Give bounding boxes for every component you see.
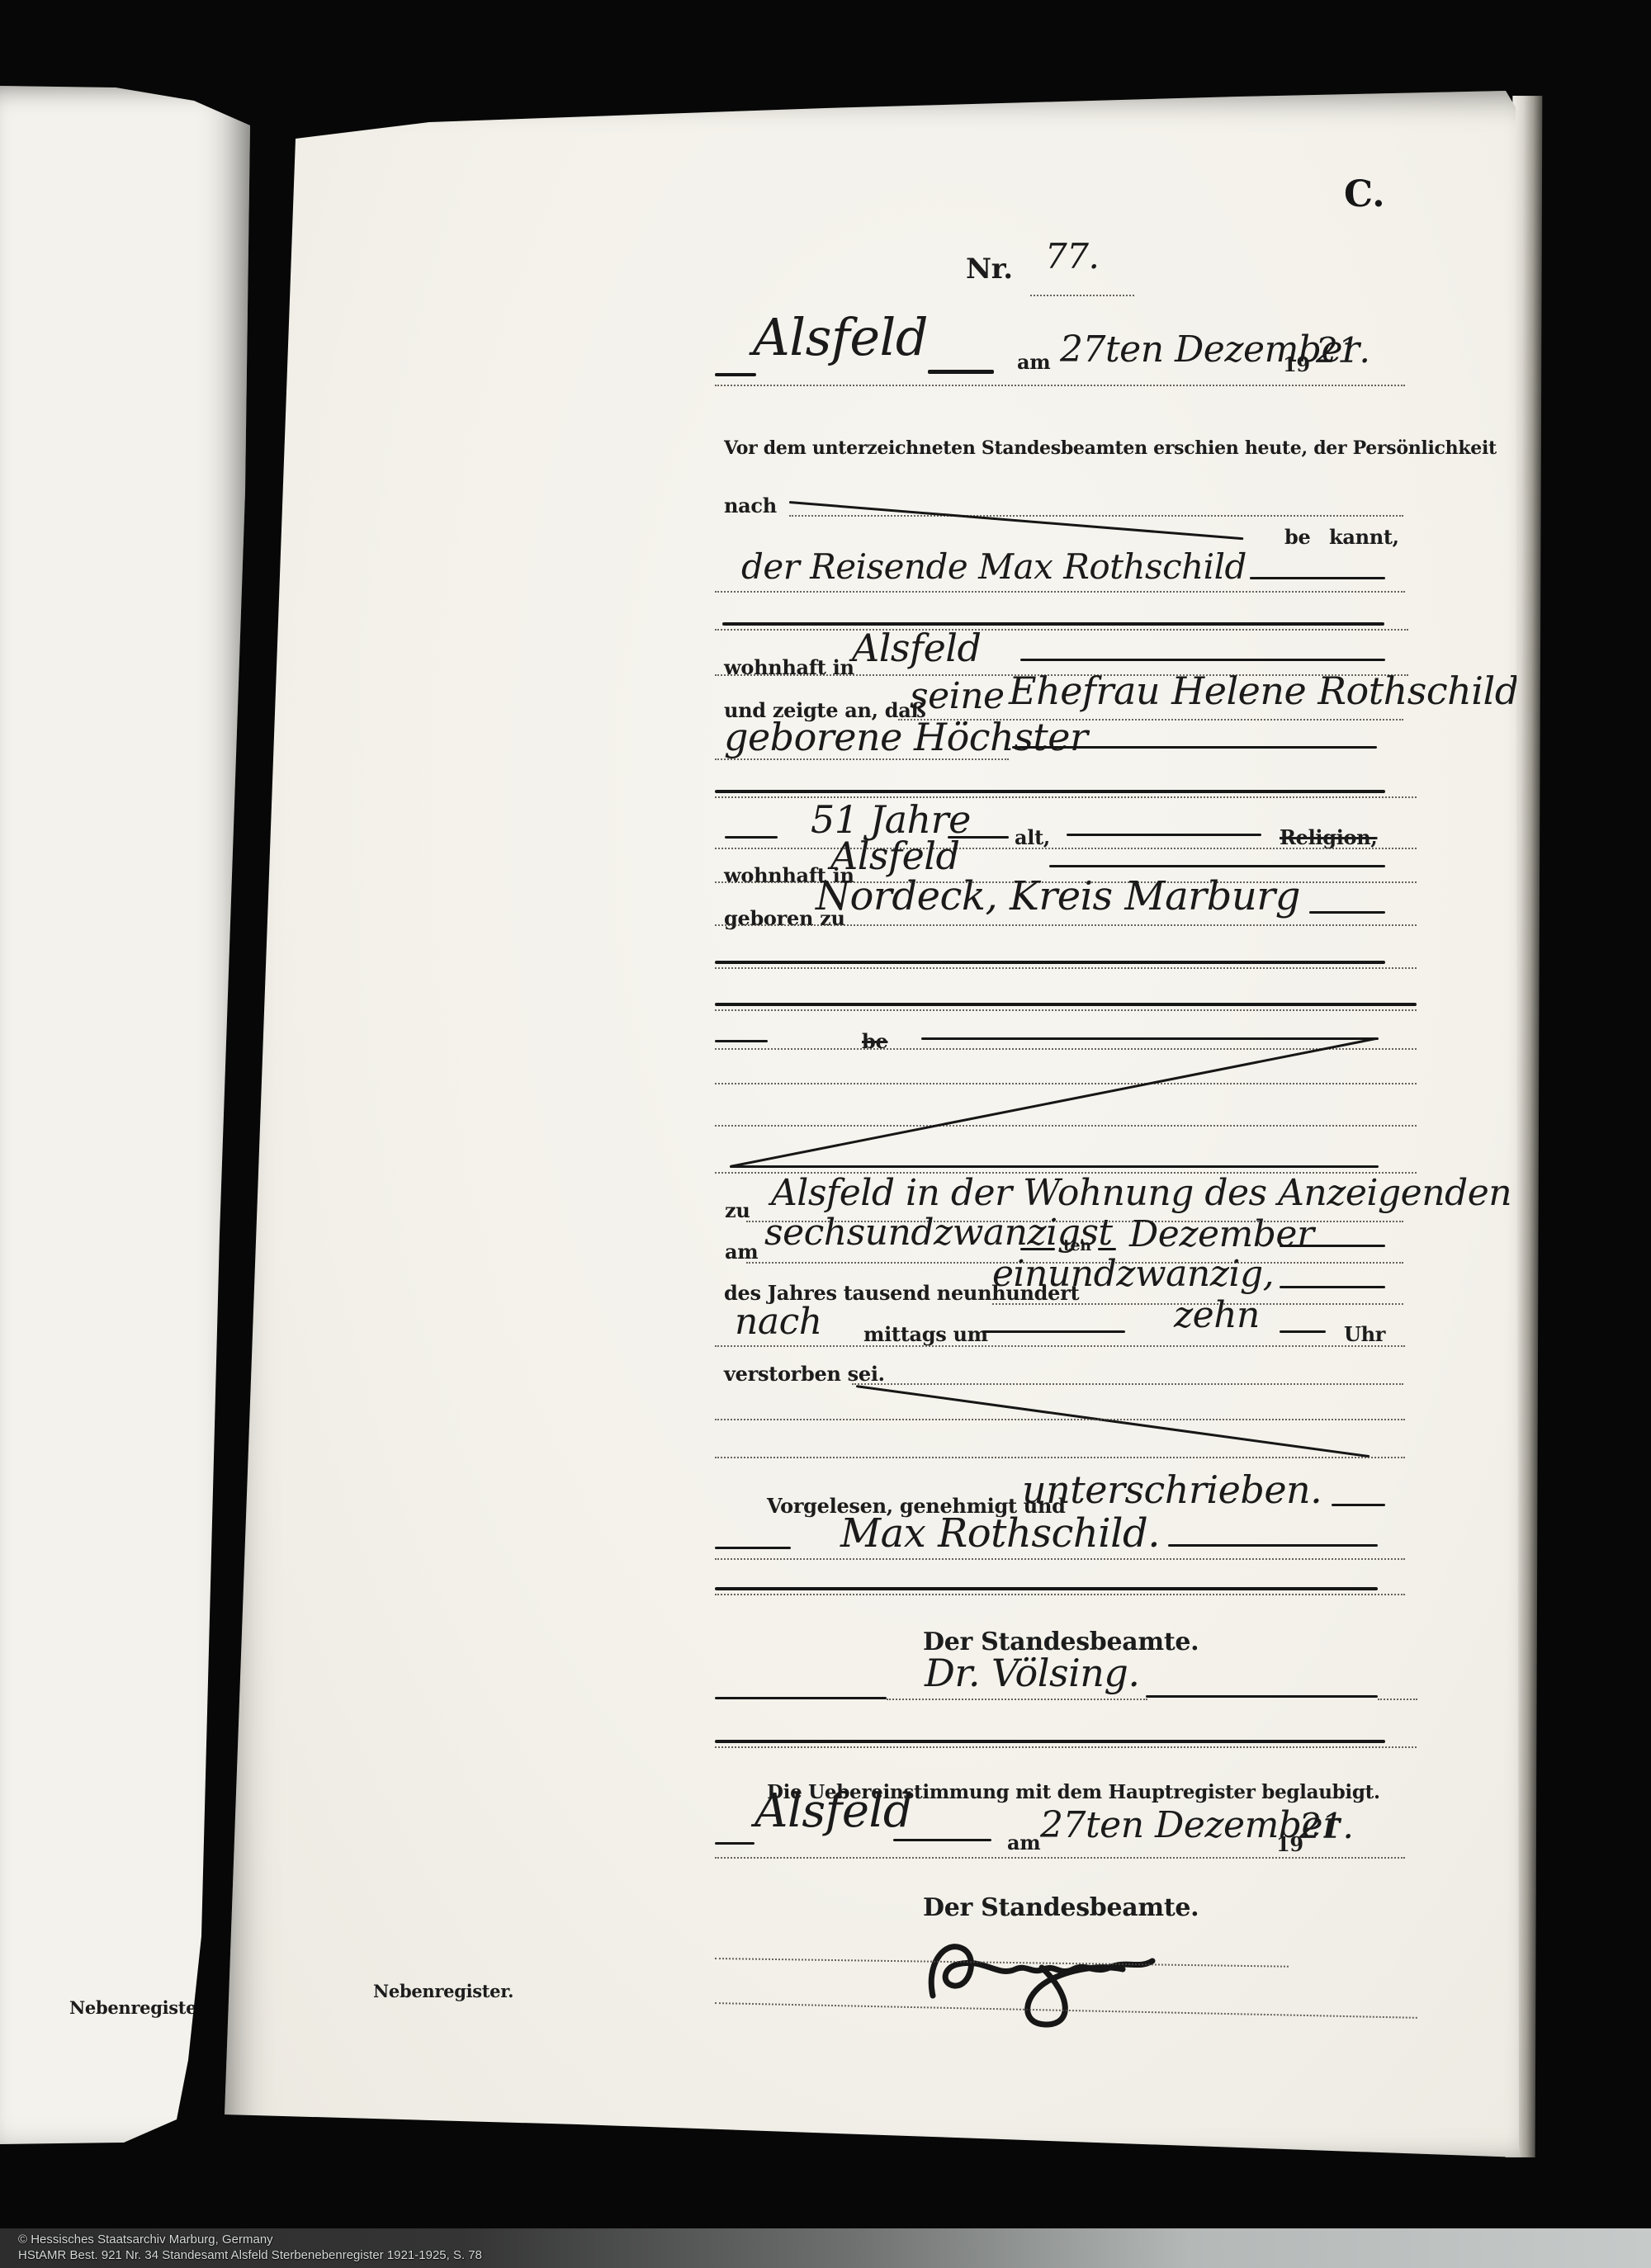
rule: [1309, 911, 1385, 914]
rule: [715, 629, 1408, 631]
rule: [893, 1839, 991, 1841]
rule: [1378, 1699, 1417, 1700]
rule: [789, 515, 1403, 517]
kannt-label: kannt,: [1329, 525, 1399, 549]
rule: [1280, 1245, 1385, 1247]
rule: [715, 1419, 1405, 1420]
rule: [715, 385, 1405, 386]
rule: [852, 1383, 1403, 1385]
rule: [715, 1594, 1405, 1595]
year-value: einundzwanzig,: [992, 1253, 1274, 1295]
head-year-hand: 21.: [1316, 330, 1370, 371]
nebenregister-label: Nebenregister.: [373, 1981, 513, 2001]
rule: [715, 373, 756, 376]
be-label: be: [1284, 525, 1310, 549]
death-month: Dezember: [1129, 1213, 1314, 1255]
official-signature-flourish: [918, 1916, 1174, 2032]
rule: [1280, 1286, 1385, 1288]
maiden-name: geborene Höchster: [724, 715, 1088, 759]
rule: [1012, 746, 1377, 749]
residence2-value: Alsfeld: [830, 834, 959, 878]
rule: [1280, 1330, 1326, 1333]
rule: [715, 924, 1417, 926]
rule: [715, 967, 1417, 969]
death-zu-label: zu: [725, 1198, 750, 1222]
rule: [982, 1330, 1125, 1333]
intro-line: Vor dem unterzeichneten Standesbeamten e…: [724, 437, 1497, 459]
rule: [928, 370, 994, 374]
rule: [715, 591, 1405, 593]
rule: [715, 1040, 768, 1042]
archive-watermark-bar: © Hessisches Staatsarchiv Marburg, Germa…: [0, 2228, 1651, 2268]
nr-value: 77.: [1045, 236, 1099, 276]
birth-place: Nordeck, Kreis Marburg: [816, 873, 1300, 919]
rule: [1067, 834, 1261, 836]
rule: [715, 1857, 1405, 1859]
rule: [1098, 1248, 1116, 1250]
strike-line: [856, 1385, 1370, 1458]
rule: [715, 1740, 1385, 1743]
alt-label: alt,: [1015, 825, 1050, 849]
death-place: Alsfeld in der Wohnung des Anzeigenden: [771, 1172, 1511, 1214]
nach-label: nach: [724, 494, 777, 517]
time-prefix: nach: [735, 1301, 822, 1343]
rule: [715, 1547, 791, 1549]
ten-label: ten: [1063, 1236, 1091, 1254]
rule: [725, 836, 778, 839]
rule: [1250, 577, 1385, 579]
rule: [715, 1842, 755, 1845]
rule: [715, 1003, 1417, 1006]
closing-hand: unterschrieben.: [1022, 1467, 1322, 1512]
registrar-signature: Dr. Völsing.: [925, 1651, 1139, 1695]
archive-copyright-line: © Hessisches Staatsarchiv Marburg, Germa…: [18, 2232, 1651, 2247]
head-am-label: am: [1017, 350, 1050, 374]
cert-am-label: am: [1007, 1831, 1040, 1855]
rule: [887, 1699, 1147, 1700]
report-hand-1: seine: [910, 675, 1005, 717]
strike-line: [789, 501, 1243, 540]
report-hand-2: Ehefrau Helene Rothschild: [1009, 669, 1519, 713]
rule: [715, 1587, 1378, 1590]
rule: [1020, 1248, 1055, 1250]
death-am-label: am: [725, 1240, 758, 1264]
left-nebenregister-label: Nebenregister.: [69, 1997, 210, 2018]
rule: [1020, 659, 1385, 661]
rule: [715, 790, 1385, 793]
mittags-label: mittags um: [863, 1322, 988, 1346]
rule: [715, 1457, 1405, 1458]
rule: [1146, 1695, 1378, 1698]
rule: [715, 1345, 1405, 1347]
left-page-edge: Nebenregister.: [0, 79, 258, 2149]
rule: [715, 1697, 887, 1699]
residence1-value: Alsfeld: [852, 626, 981, 670]
rule: [1049, 865, 1385, 867]
cert-year-hand: 21.: [1299, 1806, 1353, 1846]
death-day: sechsundzwanzigst: [764, 1212, 1113, 1254]
religion-label-struck: Religion,: [1280, 825, 1377, 849]
register-page: C. Nr. 77. Alsfeld am 27ten Dezember 19 …: [221, 89, 1526, 2162]
rule: [715, 848, 1417, 849]
head-year-printed: 19: [1283, 352, 1310, 376]
rule: [715, 1009, 1417, 1011]
verstorben-label: verstorben sei.: [724, 1362, 885, 1386]
rule: [715, 1746, 1417, 1748]
rule: [715, 758, 1009, 760]
nr-label: Nr.: [966, 253, 1013, 286]
rule: [1168, 1544, 1378, 1547]
rule: [715, 961, 1385, 964]
rule: [715, 1083, 1417, 1084]
head-date: 27ten Dezember: [1060, 328, 1360, 371]
head-place: Alsfeld: [753, 307, 928, 367]
uhr-label: Uhr: [1344, 1322, 1385, 1346]
rule: [921, 1037, 1379, 1040]
strike-line: [730, 1037, 1378, 1168]
rule: [730, 1165, 1379, 1168]
rule: [715, 1125, 1417, 1127]
signature-max-rothschild: Max Rothschild.: [840, 1510, 1160, 1557]
rule: [1332, 1504, 1385, 1506]
archive-reference-line: HStAMR Best. 921 Nr. 34 Standesamt Alsfe…: [18, 2247, 1651, 2263]
time-value: zehn: [1174, 1294, 1260, 1336]
corner-mark: C.: [1344, 173, 1385, 215]
declarant-name: der Reisende Max Rothschild: [741, 546, 1247, 587]
rule: [1030, 295, 1134, 296]
cert-place: Alsfeld: [755, 1784, 912, 1838]
rule: [722, 622, 1384, 626]
rule: [715, 1558, 1405, 1560]
